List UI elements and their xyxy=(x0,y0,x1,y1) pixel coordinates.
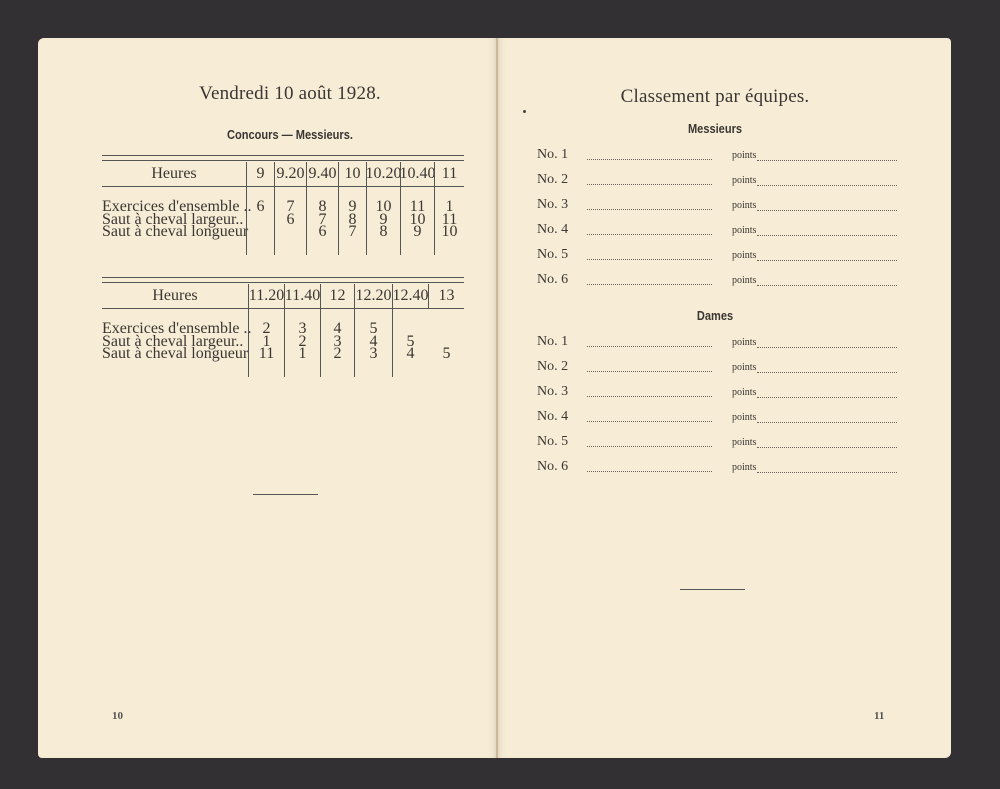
points-label: points xyxy=(732,150,756,161)
points-blank: points xyxy=(732,462,897,473)
row-label: Saut à cheval longueur xyxy=(102,226,248,239)
time-column: 4 3 2 xyxy=(320,309,354,377)
ranking-row: No. 4 points xyxy=(537,221,897,239)
ranking-row: No. 2 points xyxy=(537,171,897,189)
cell-value: 11 xyxy=(259,348,274,361)
section-divider xyxy=(680,589,745,590)
time-column: 11 10 9 xyxy=(400,187,434,255)
rank-number: No. 6 xyxy=(537,272,587,288)
ranking-row: No. 1 points xyxy=(537,146,897,164)
points-label: points xyxy=(732,225,756,236)
team-blank xyxy=(587,413,712,422)
points-label: points xyxy=(732,437,756,448)
points-label: points xyxy=(732,275,756,286)
points-blank: points xyxy=(732,275,897,286)
book-spine xyxy=(496,38,498,758)
section-subtitle: Concours — Messieurs. xyxy=(163,127,418,142)
points-dots xyxy=(757,229,897,236)
row-label: Saut à cheval longueur xyxy=(102,348,248,361)
time-column: 7 6 xyxy=(274,187,306,255)
team-blank xyxy=(587,438,712,447)
time-header: 11.40 xyxy=(284,284,320,308)
team-blank xyxy=(587,226,712,235)
team-blank xyxy=(587,151,712,160)
rank-number: No. 3 xyxy=(537,384,587,400)
cell-value: 6 xyxy=(287,214,295,227)
points-label: points xyxy=(732,200,756,211)
rank-number: No. 5 xyxy=(537,434,587,450)
cell-value: 7 xyxy=(349,226,357,239)
time-header: 12 xyxy=(320,284,354,308)
points-blank: points xyxy=(732,225,897,236)
points-dots xyxy=(757,441,897,448)
team-blank xyxy=(587,388,712,397)
points-blank: points xyxy=(732,337,897,348)
points-dots xyxy=(757,416,897,423)
points-dots xyxy=(757,279,897,286)
points-blank: points xyxy=(732,175,897,186)
rank-number: No. 5 xyxy=(537,247,587,263)
table-body: Exercices d'ensemble .. Saut à cheval la… xyxy=(102,309,464,377)
time-column: 2 1 11 xyxy=(248,309,284,377)
double-rule xyxy=(102,277,464,283)
time-column: 1 11 10 xyxy=(434,187,464,255)
cell-value: 5 xyxy=(443,348,451,361)
cell-value: 6 xyxy=(257,201,265,214)
row-labels: Exercices d'ensemble .. Saut à cheval la… xyxy=(102,309,248,377)
points-dots xyxy=(757,466,897,473)
cell-value: 10 xyxy=(442,226,458,239)
ranking-row: No. 6 points xyxy=(537,271,897,289)
ranking-row: No. 5 points xyxy=(537,433,897,451)
points-dots xyxy=(757,154,897,161)
page-title: Classement par équipes. xyxy=(540,86,890,108)
time-column: 9 8 7 xyxy=(338,187,366,255)
rank-number: No. 4 xyxy=(537,409,587,425)
time-header: 12.20 xyxy=(354,284,392,308)
team-blank xyxy=(587,463,712,472)
points-dots xyxy=(757,204,897,211)
team-blank xyxy=(587,363,712,372)
double-rule xyxy=(102,155,464,161)
time-header: 11.20 xyxy=(248,284,284,308)
table-body: Exercices d'ensemble .. Saut à cheval la… xyxy=(102,187,464,255)
team-blank xyxy=(587,276,712,285)
time-header: 9.40 xyxy=(306,162,338,186)
cell-value: 3 xyxy=(370,348,378,361)
time-header: 10.40 xyxy=(400,162,434,186)
points-dots xyxy=(757,391,897,398)
ranking-row: No. 4 points xyxy=(537,408,897,426)
cell-value: 8 xyxy=(380,226,388,239)
team-blank xyxy=(587,251,712,260)
row-labels: Exercices d'ensemble .. Saut à cheval la… xyxy=(102,187,246,255)
rank-number: No. 3 xyxy=(537,197,587,213)
time-header: 9.20 xyxy=(274,162,306,186)
time-column: 5 4 xyxy=(392,309,428,377)
points-blank: points xyxy=(732,362,897,373)
cell-value: 6 xyxy=(319,226,327,239)
points-blank: points xyxy=(732,150,897,161)
rank-number: No. 1 xyxy=(537,334,587,350)
page-number-right: 11 xyxy=(874,710,884,722)
left-page xyxy=(38,38,497,758)
points-label: points xyxy=(732,387,756,398)
points-blank: points xyxy=(732,387,897,398)
section-heading-dames: Dames xyxy=(617,308,813,323)
rank-number: No. 2 xyxy=(537,172,587,188)
points-label: points xyxy=(732,175,756,186)
points-blank: points xyxy=(732,437,897,448)
time-column: 6 xyxy=(246,187,274,255)
ink-mark xyxy=(523,110,526,113)
page-title: Vendredi 10 août 1928. xyxy=(100,83,480,105)
page-number-left: 10 xyxy=(112,710,123,722)
time-column: 5 xyxy=(428,309,464,377)
time-header: 13 xyxy=(428,284,464,308)
ranking-row: No. 3 points xyxy=(537,383,897,401)
table-header-row: Heures 9 9.20 9.40 10 10.20 10.40 11 xyxy=(102,162,464,187)
section-heading-messieurs: Messieurs xyxy=(617,121,813,136)
time-header: 10 xyxy=(338,162,366,186)
cell-value: 9 xyxy=(414,226,422,239)
cell-value: 1 xyxy=(299,348,307,361)
ranking-row: No. 2 points xyxy=(537,358,897,376)
time-header: 12.40 xyxy=(392,284,428,308)
points-dots xyxy=(757,366,897,373)
time-column: 5 4 3 xyxy=(354,309,392,377)
time-column: 10 9 8 xyxy=(366,187,400,255)
team-blank xyxy=(587,176,712,185)
points-label: points xyxy=(732,462,756,473)
ranking-row: No. 3 points xyxy=(537,196,897,214)
time-column: 8 7 6 xyxy=(306,187,338,255)
rank-number: No. 1 xyxy=(537,147,587,163)
points-blank: points xyxy=(732,412,897,423)
team-blank xyxy=(587,201,712,210)
ranking-row: No. 6 points xyxy=(537,458,897,476)
points-label: points xyxy=(732,362,756,373)
cell-value: 4 xyxy=(407,348,415,361)
rank-number: No. 4 xyxy=(537,222,587,238)
rank-number: No. 6 xyxy=(537,459,587,475)
rank-number: No. 2 xyxy=(537,359,587,375)
points-label: points xyxy=(732,337,756,348)
ranking-row: No. 5 points xyxy=(537,246,897,264)
time-header: 9 xyxy=(246,162,274,186)
header-label: Heures xyxy=(102,284,248,308)
ranking-row: No. 1 points xyxy=(537,333,897,351)
points-dots xyxy=(757,254,897,261)
points-label: points xyxy=(732,250,756,261)
team-blank xyxy=(587,338,712,347)
table-header-row: Heures 11.20 11.40 12 12.20 12.40 13 xyxy=(102,284,464,309)
points-blank: points xyxy=(732,250,897,261)
points-dots xyxy=(757,179,897,186)
time-header: 11 xyxy=(434,162,464,186)
time-column: 3 2 1 xyxy=(284,309,320,377)
time-header: 10.20 xyxy=(366,162,400,186)
section-divider xyxy=(253,494,318,495)
points-dots xyxy=(757,341,897,348)
points-label: points xyxy=(732,412,756,423)
cell-value: 2 xyxy=(334,348,342,361)
points-blank: points xyxy=(732,200,897,211)
header-label: Heures xyxy=(102,162,246,186)
